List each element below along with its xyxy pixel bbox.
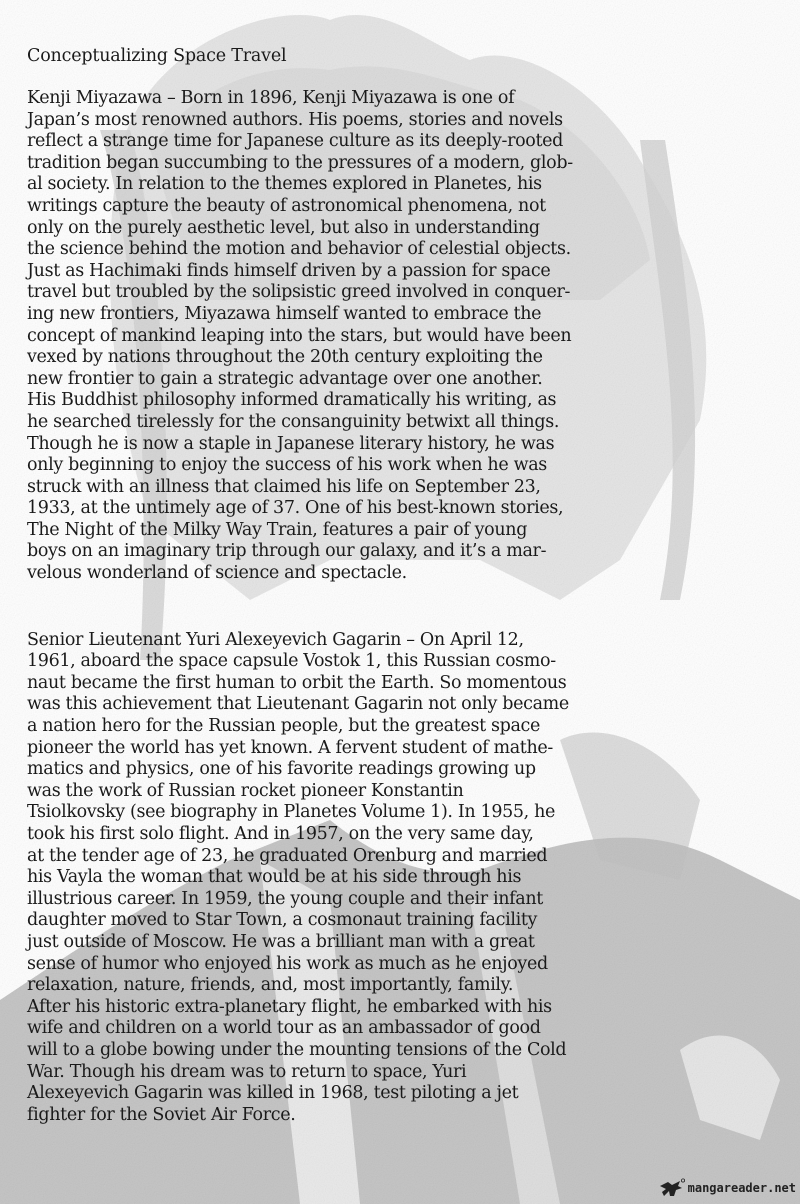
text-line: daughter moved to Star Town, a cosmonaut… [27,910,787,932]
text-line: al society. In relation to the themes ex… [27,174,787,196]
text-line: reflect a strange time for Japanese cult… [27,131,787,153]
text-line: velous wonderland of science and spectac… [27,563,787,585]
text-line: Senior Lieutenant Yuri Alexeyevich Gagar… [27,630,787,652]
text-line: After his historic extra-planetary fligh… [27,997,787,1019]
text-line: illustrious career. In 1959, the young c… [27,889,787,911]
document-page: Conceptualizing Space Travel Kenji Miyaz… [27,44,787,1126]
text-line: Though he is now a staple in Japanese li… [27,434,787,456]
text-line: sense of humor who enjoyed his work as m… [27,954,787,976]
text-line: His Buddhist philosophy informed dramati… [27,390,787,412]
text-line: Tsiolkovsky (see biography in Planetes V… [27,802,787,824]
text-line: only beginning to enjoy the success of h… [27,455,787,477]
mascot-icon [658,1178,686,1198]
text-line: his Vayla the woman that would be at his… [27,867,787,889]
text-line: vexed by nations throughout the 20th cen… [27,347,787,369]
text-line: just outside of Moscow. He was a brillia… [27,932,787,954]
text-line: tradition began succumbing to the pressu… [27,153,787,175]
text-line: writings capture the beauty of astronomi… [27,196,787,218]
paragraph-kenji-miyazawa: Kenji Miyazawa – Born in 1896, Kenji Miy… [27,88,787,585]
text-line: took his first solo flight. And in 1957,… [27,824,787,846]
text-line: fighter for the Soviet Air Force. [27,1105,787,1127]
text-line: was the work of Russian rocket pioneer K… [27,781,787,803]
text-line: travel but troubled by the solipsistic g… [27,282,787,304]
text-line: a nation hero for the Russian people, bu… [27,716,787,738]
text-line: at the tender age of 23, he graduated Or… [27,846,787,868]
document-heading: Conceptualizing Space Travel [27,44,787,68]
text-line: Alexeyevich Gagarin was killed in 1968, … [27,1083,787,1105]
text-line: naut became the first human to orbit the… [27,673,787,695]
text-line: War. Though his dream was to return to s… [27,1062,787,1084]
text-line: Just as Hachimaki finds himself driven b… [27,261,787,283]
text-line: pioneer the world has yet known. A ferve… [27,738,787,760]
text-line: he searched tirelessly for the consangui… [27,412,787,434]
text-line: matics and physics, one of his favorite … [27,759,787,781]
text-line: 1933, at the untimely age of 37. One of … [27,498,787,520]
text-line: was this achievement that Lieutenant Gag… [27,694,787,716]
text-line: the science behind the motion and behavi… [27,239,787,261]
text-line: relaxation, nature, friends, and, most i… [27,975,787,997]
text-line: The Night of the Milky Way Train, featur… [27,520,787,542]
text-line: wife and children on a world tour as an … [27,1018,787,1040]
text-line: new frontier to gain a strategic advanta… [27,369,787,391]
text-line: 1961, aboard the space capsule Vostok 1,… [27,651,787,673]
text-line: Kenji Miyazawa – Born in 1896, Kenji Miy… [27,88,787,110]
text-line: will to a globe bowing under the mountin… [27,1040,787,1062]
text-line: only on the purely aesthetic level, but … [27,218,787,240]
text-line: concept of mankind leaping into the star… [27,326,787,348]
text-line: Japan’s most renowned authors. His poems… [27,110,787,132]
text-line: struck with an illness that claimed his … [27,477,787,499]
text-line: ing new frontiers, Miyazawa himself want… [27,304,787,326]
watermark-text: mangareader.net [688,1181,796,1195]
watermark[interactable]: mangareader.net [658,1178,796,1198]
text-line: boys on an imaginary trip through our ga… [27,541,787,563]
paragraph-yuri-gagarin: Senior Lieutenant Yuri Alexeyevich Gagar… [27,630,787,1127]
